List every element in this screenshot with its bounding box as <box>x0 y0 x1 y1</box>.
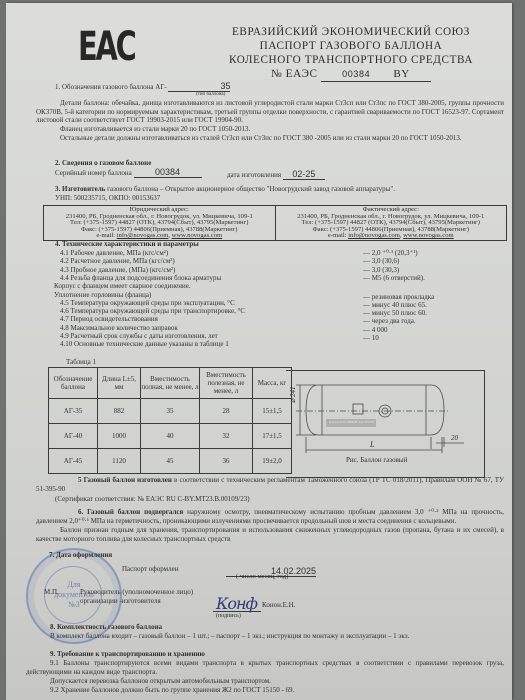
spec-label: 4.10 Основные технические данные указаны… <box>60 340 229 348</box>
table-cell: 1000 <box>98 424 141 449</box>
legal-address-cell: Юридический адрес: 231400, РБ, Гродненск… <box>44 206 275 240</box>
section3-line: 3. Изготовитель газового баллона – Откры… <box>55 185 395 194</box>
col-header: Обозначение баллона <box>49 368 98 399</box>
figure-caption: Рис. Баллон газовый <box>346 456 407 464</box>
table-cell: 36 <box>200 449 253 474</box>
header-subtitle: КОЛЕСНОГО ТРАНСПОРТНОГО СРЕДСТВА <box>206 53 496 67</box>
email-label: e-mail: <box>96 232 116 239</box>
table-cell: АГ-40 <box>49 424 98 449</box>
spec-value: — минус 40 плюс 65. <box>363 301 427 309</box>
section3-title: 3. Изготовитель <box>55 185 105 193</box>
table-row: АГ-451120453619±2,0 <box>49 449 292 474</box>
col-header: Вместимость полезная, не менее, л <box>200 368 253 399</box>
section2-title: 2. Сведения о газовом баллоне <box>55 159 151 168</box>
certificate-number: (Сертификат соответствия: № ЕАЭС RU C-BY… <box>55 495 250 504</box>
section9-paragraph-1: 9.1 Баллоны транспортируются всеми видам… <box>26 659 504 676</box>
spec-label: 4.4 Резьба фланца для подсоединения блок… <box>60 274 221 282</box>
eac-logo: ЕАС <box>78 25 135 69</box>
manufacture-date-label: дата изготовления <box>227 171 281 179</box>
passport-number-prefix: № ЕАЭС <box>271 68 318 80</box>
spec-value: — 3,0 (30,6) <box>363 257 399 265</box>
section9-paragraph-3: 9.2 Хранение баллонов должно быть по гру… <box>50 686 294 695</box>
table-cell: 40 <box>141 424 200 449</box>
spec-label: 4.8 Максимальное количество заправок <box>60 324 178 332</box>
section5-paragraph: 5 Газовый баллон изготовлен в соответств… <box>36 476 504 493</box>
website-link[interactable]: www.novogas.com <box>172 232 222 239</box>
passport-number-suffix: BY <box>393 68 409 80</box>
section9-title: 9. Требование к транспортированию и хран… <box>50 650 205 659</box>
table-cell: АГ-45 <box>49 449 98 474</box>
spec-value: — минус 50 плюс 60. <box>363 309 427 317</box>
section7-title: 7. Дата оформления <box>49 551 112 560</box>
section1-line: 1. Обозначения газового баллона АГ- 35 <box>55 82 230 92</box>
spec-label: 4.5 Температура окружающей среды при экс… <box>60 299 235 307</box>
table-cell: 35 <box>141 399 200 424</box>
website-link[interactable]: www.novogas.com <box>403 232 453 239</box>
section5-title: 5 Газовый баллон изготовлен <box>78 476 172 484</box>
passport-number-line: № ЕАЭС 00384 BY <box>206 67 496 82</box>
spec-label: 4.7 Период освидетельствования <box>60 315 158 323</box>
signature-line <box>213 611 261 612</box>
spec-label: Корпус с фланцем имеет сварное соединени… <box>54 282 191 290</box>
section6-paragraph-2: Баллон признан годным для хранения, тран… <box>36 526 504 543</box>
actual-address-contacts: e-mail: info@novogas.com, www.novogas.co… <box>276 233 507 240</box>
header-union: ЕВРАЗИЙСКИЙ ЭКОНОМИЧЕСКИЙ СОЮЗ <box>206 25 496 39</box>
spec-value: — 10 <box>363 334 379 342</box>
official-title-line1: Руководитель (уполномоченное лицо) <box>80 588 193 597</box>
table-cell: 32 <box>200 424 253 449</box>
section1-title: 1. Обозначения газового баллона АГ- <box>55 83 167 91</box>
spec-label: 4.9 Расчетный срок службы с даты изготов… <box>60 332 218 340</box>
manufacture-date-line: дата изготовления 02-25 <box>227 170 325 180</box>
table-cell: 45 <box>141 449 200 474</box>
email-label: e-mail: <box>328 232 348 239</box>
length-label: L <box>370 440 374 449</box>
section1-paragraph-2: Фланец изготавливается из стали марки 20… <box>36 125 504 134</box>
section4-title: 4. Технические характеристики и параметр… <box>55 240 199 249</box>
offset-label: 20 <box>451 434 458 442</box>
spec-value: — резиновая прокладка <box>363 293 434 301</box>
serial-number-value: 00384 <box>134 168 202 178</box>
table-cell: 1120 <box>98 449 141 474</box>
manufacturer-name: газового баллона – Открытое акционерное … <box>105 185 395 193</box>
figure-box: ⌀ 241 L 20 КАТАЛОГОВЫЙ БАЛЛОН Рис. Балло… <box>286 370 485 478</box>
passport-document: ЕАС ЕВРАЗИЙСКИЙ ЭКОНОМИЧЕСКИЙ СОЮЗ ПАСПО… <box>6 3 512 700</box>
col-header: Вместимость полная, не менее, л <box>141 368 200 399</box>
section6-title: 6. Газовый баллон подвергался <box>78 508 183 516</box>
table-row: АГ-401000403217±1,5 <box>49 424 292 449</box>
spec-value: — 2,0 ⁺⁰·¹ (20,3⁺¹) <box>363 249 418 257</box>
section1-paragraph-1: Детали баллона: обечайка, днища изготавл… <box>36 99 504 125</box>
address-table: Юридический адрес: 231400, РБ, Гродненск… <box>43 205 507 241</box>
manufacturer-ids: УНП: 500235715, ОКПО: 00153637 <box>55 194 160 203</box>
table-cell: АГ-35 <box>49 399 98 424</box>
cylinder-type-caption: (тип баллона) <box>196 92 225 97</box>
serial-number-label: Серийный номер баллона <box>55 169 132 177</box>
table-header-row: Обозначение баллона Длина L±5, мм Вмести… <box>49 368 292 399</box>
diameter-label: ⌀ 241 <box>289 387 297 403</box>
section8-title: 8. Комплектность газового баллона <box>50 623 162 632</box>
signer-name: Конон.Е.Н. <box>262 601 295 610</box>
spec-label: 4.1 Рабочее давление, МПа (кгс/см²) <box>60 249 168 257</box>
official-title-line2: организации -изготовителя <box>80 597 161 606</box>
spec-value: — через два года. <box>363 317 416 325</box>
passport-number-value: 00384 <box>342 69 370 79</box>
table-row: АГ-35882352815±1,5 <box>49 399 292 424</box>
manufacture-date-value: 02-25 <box>283 170 325 180</box>
spec-label: 4.3 Пробное давление, (МПа) (кгс/см²) <box>60 266 175 274</box>
specs-table: Обозначение баллона Длина L±5, мм Вмести… <box>48 367 292 474</box>
section8-text: В комплект баллона входит – газовый балл… <box>50 632 409 641</box>
table1-caption: Таблица 1 <box>66 358 96 367</box>
section6-paragraph: 6. Газовый баллон подвергался наружному … <box>36 508 504 525</box>
actual-address-cell: Фактический адрес: 231400, РБ, Гродненск… <box>275 206 507 240</box>
header-title: ПАСПОРТ ГАЗОВОГО БАЛЛОНА <box>206 39 496 53</box>
table-cell: 882 <box>98 399 141 424</box>
legal-address-contacts: e-mail: info@novogas.com, www.novogas.co… <box>44 233 275 240</box>
spec-label: Уплотнение горловины (фланца) <box>54 291 151 299</box>
nameplate-text: КАТАЛОГОВЫЙ БАЛЛОН <box>329 420 374 424</box>
email-link[interactable]: info@novogas.com <box>117 232 169 239</box>
spec-value: — М5 (6 отверстий). <box>363 274 425 282</box>
passport-number-field: 00384 BY <box>321 67 431 82</box>
spec-value: — 3,0 (30,3) <box>363 266 399 274</box>
email-link[interactable]: info@novogas.com <box>348 232 400 239</box>
section9-paragraph-2: Допускается перевозка баллонов открытым … <box>50 677 271 686</box>
spec-label: 4.6 Температура окружающей среды при тра… <box>60 307 245 315</box>
section1-paragraph-3: Остальные детали должны изготавливаться … <box>36 134 504 143</box>
stamp-place-label: М.П. <box>44 588 59 597</box>
issued-label: Паспорт оформлен <box>122 565 178 574</box>
cylinder-type-value: 35 <box>168 82 230 92</box>
spec-label: 4.2 Расчетное давление, МПа (кгс/см²) <box>60 257 175 265</box>
issued-date-caption: ( число месяц, год) <box>236 573 288 580</box>
spec-value: — 4 000 <box>363 326 388 334</box>
col-header: Длина L±5, мм <box>98 368 141 399</box>
table-cell: 28 <box>200 399 253 424</box>
serial-number-line: Серийный номер баллона 00384 <box>55 168 202 178</box>
signature-caption: (подпись) <box>216 613 241 619</box>
